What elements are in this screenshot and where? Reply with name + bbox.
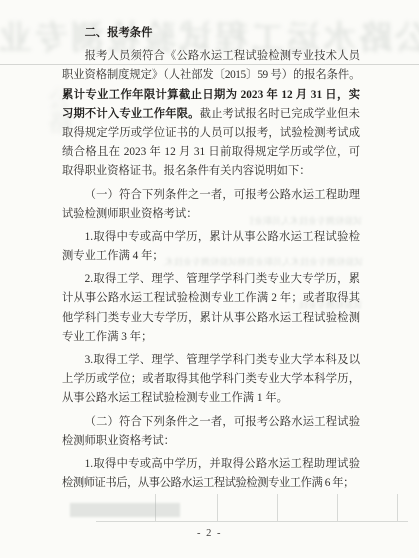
text-line: 检测师职业资格考试： bbox=[62, 432, 360, 451]
text-line: 取得规定学历或学位证书的人员可以报考，试验检测考试成 bbox=[62, 124, 360, 143]
text-segment: 检测师职业资格考试： bbox=[62, 435, 175, 447]
bleedthrough-table-line bbox=[217, 494, 218, 521]
text-segment: 检测师证书后，从事公路水运工程试验检测专业工作满 6 年； bbox=[62, 477, 354, 489]
section-heading: 二、报考条件 bbox=[62, 24, 360, 43]
text-line: （二）符合下列条件之一者，可报考公路水运工程试验 bbox=[62, 413, 360, 432]
text-segment: 试验检测师职业资格考试： bbox=[62, 208, 198, 220]
text-segment: 计从事公路水运工程试验检测专业工作满 2 年；或者取得其 bbox=[62, 292, 360, 304]
section-1-item-1: 1.取得中专或高中学历，累计从事公路水运工程试验检测专业工作满 4 年； bbox=[62, 228, 360, 266]
text-line: 试验检测师职业资格考试： bbox=[62, 205, 360, 224]
text-segment: （一）符合下列条件之一者，可报考公路水运工程助理 bbox=[85, 189, 360, 201]
text-segment: 从事公路水运工程试验检测专业工作满 1 年。 bbox=[62, 392, 288, 404]
text-segment: （二）符合下列条件之一者，可报考公路水运工程试验 bbox=[85, 416, 360, 428]
section-2-item-1: 1.取得中专或高中学历，并取得公路水运工程助理试验检测师证书后，从事公路水运工程… bbox=[62, 455, 360, 493]
bleedthrough-table-cell bbox=[70, 503, 180, 517]
text-segment: 测专业工作满 4 年； bbox=[62, 250, 164, 262]
text-segment: 他学科门类专业大专学历，累计从事公路水运工程试验检测 bbox=[62, 312, 360, 324]
text-line: 累计专业工作年限计算截止日期为 2023 年 12 月 31 日，实 bbox=[62, 86, 360, 105]
bleedthrough-table-line bbox=[337, 494, 338, 521]
section-1-item-3: 3.取得工学、理学、管理学学科门类专业大学本科及以上学历或学位；或者取得其他学科… bbox=[62, 351, 360, 409]
text-line: 上学历或学位；或者取得其他学科门类专业大学本科学历， bbox=[62, 370, 360, 389]
bleedthrough-table-line bbox=[96, 521, 408, 522]
text-segment: 职业资格制度规定》（人社部发〔2015〕59 号）的报名条件。 bbox=[62, 69, 360, 81]
page-number: - 2 - bbox=[0, 528, 419, 539]
section-2-intro: （二）符合下列条件之一者，可报考公路水运工程试验检测师职业资格考试： bbox=[62, 413, 360, 451]
text-segment: 取得职业资格证书。报名条件有关内容说明如下： bbox=[62, 165, 311, 177]
text-segment: 1.取得中专或高中学历，并取得公路水运工程助理试验 bbox=[85, 458, 360, 470]
bold-text-segment: 二、报考条件 bbox=[85, 27, 153, 39]
text-segment: 截止考试报名时已完成学业但未 bbox=[200, 108, 360, 120]
text-line: 从事公路水运工程试验检测专业工作满 1 年。 bbox=[62, 389, 360, 408]
text-line: 习期不计入专业工作年限。截止考试报名时已完成学业但未 bbox=[62, 105, 360, 124]
section-1-intro: （一）符合下列条件之一者，可报考公路水运工程助理试验检测师职业资格考试： bbox=[62, 186, 360, 224]
text-line: 绩合格且在 2023 年 12 月 31 日前取得规定学历或学位，可 bbox=[62, 143, 360, 162]
intro-paragraph: 报考人员须符合《公路水运工程试验检测专业技术人员职业资格制度规定》（人社部发〔2… bbox=[62, 47, 360, 181]
text-line: 报考人员须符合《公路水运工程试验检测专业技术人员 bbox=[62, 47, 360, 66]
text-line: 1.取得中专或高中学历，并取得公路水运工程助理试验 bbox=[62, 455, 360, 474]
text-line: 测专业工作满 4 年； bbox=[62, 247, 360, 266]
text-line: 专业工作满 3 年； bbox=[62, 328, 360, 347]
text-segment: 专业工作满 3 年； bbox=[62, 331, 152, 343]
text-line: 他学科门类专业大专学历，累计从事公路水运工程试验检测 bbox=[62, 309, 360, 328]
text-line: 二、报考条件 bbox=[62, 24, 360, 43]
bold-text-segment: 习期不计入专业工作年限。 bbox=[62, 108, 200, 120]
text-line: 3.取得工学、理学、管理学学科门类专业大学本科及以 bbox=[62, 351, 360, 370]
bleedthrough-table-line bbox=[277, 494, 278, 521]
document-body: 二、报考条件报考人员须符合《公路水运工程试验检测专业技术人员职业资格制度规定》（… bbox=[62, 24, 360, 493]
text-line: 检测师证书后，从事公路水运工程试验检测专业工作满 6 年； bbox=[62, 474, 360, 493]
text-line: 职业资格制度规定》（人社部发〔2015〕59 号）的报名条件。 bbox=[62, 66, 360, 85]
text-line: 计从事公路水运工程试验检测专业工作满 2 年；或者取得其 bbox=[62, 289, 360, 308]
bold-text-segment: 累计专业工作年限计算截止日期为 2023 年 12 月 31 日，实 bbox=[62, 89, 360, 101]
text-segment: 1.取得中专或高中学历，累计从事公路水运工程试验检 bbox=[85, 231, 360, 243]
bleedthrough-table-line bbox=[397, 494, 398, 521]
text-line: （一）符合下列条件之一者，可报考公路水运工程助理 bbox=[62, 186, 360, 205]
text-segment: 2.取得工学、理学、管理学学科门类专业大专学历，累 bbox=[85, 273, 360, 285]
text-segment: 绩合格且在 2023 年 12 月 31 日前取得规定学历或学位，可 bbox=[62, 146, 360, 158]
text-segment: 3.取得工学、理学、管理学学科门类专业大学本科及以 bbox=[85, 354, 360, 366]
text-segment: 取得规定学历或学位证书的人员可以报考，试验检测考试成 bbox=[62, 127, 360, 139]
text-segment: 报考人员须符合《公路水运工程试验检测专业技术人员 bbox=[85, 50, 360, 62]
text-line: 1.取得中专或高中学历，累计从事公路水运工程试验检 bbox=[62, 228, 360, 247]
text-segment: 上学历或学位；或者取得其他学科门类专业大学本科学历， bbox=[62, 373, 360, 385]
text-line: 2.取得工学、理学、管理学学科门类专业大专学历，累 bbox=[62, 270, 360, 289]
scanned-document-page: 公路水运工程试验检测专业 公路 试验检测专业技术人员职业资格试验检测专业技术人员… bbox=[0, 0, 419, 558]
section-1-item-2: 2.取得工学、理学、管理学学科门类专业大专学历，累计从事公路水运工程试验检测专业… bbox=[62, 270, 360, 347]
text-line: 取得职业资格证书。报名条件有关内容说明如下： bbox=[62, 162, 360, 181]
